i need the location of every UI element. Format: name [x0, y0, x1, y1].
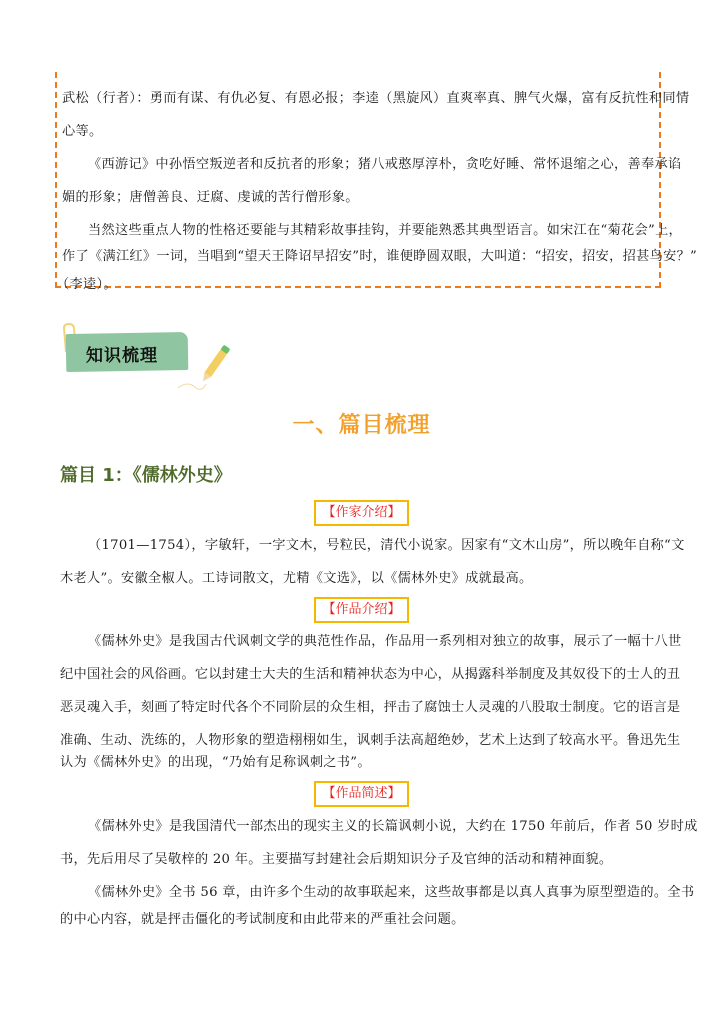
- section-title: 一、篇目梳理: [0, 408, 723, 439]
- knowledge-tag-label: 知识梳理: [86, 341, 158, 366]
- box-line-7: （李逵）。: [56, 268, 117, 301]
- summary-badge: 【作品简述】: [314, 781, 408, 807]
- box-line-2: 心等。: [62, 115, 102, 148]
- chapter-title: 篇目 1：《儒林外史》: [60, 461, 232, 487]
- box-line-3: 《西游记》中孙悟空叛逆者和反抗者的形象；猪八戒憨厚淳朴，贪吃好睡、常怀退缩之心，…: [88, 148, 681, 181]
- summary-line-1: 《儒林外史》是我国清代一部杰出的现实主义的长篇讽刺小说，大约在 1750 年前后…: [88, 810, 698, 843]
- box-line-1: 武松（行者）：勇而有谋、有仇必复、有恩必报；李逵（黑旋风）直爽率真、脾气火爆，富…: [62, 82, 689, 115]
- work-badge: 【作品介绍】: [314, 597, 408, 623]
- author-badge: 【作家介绍】: [314, 500, 408, 526]
- summary-line-4: 的中心内容，就是抨击僵化的考试制度和由此带来的严重社会问题。: [60, 903, 465, 936]
- author-line-2: 木老人”。安徽全椒人。工诗词散文，尤精《文选》，以《儒林外史》成就最高。: [60, 562, 533, 595]
- summary-line-2: 书，先后用尽了吴敬梓的 20 年。主要描写封建社会后期知识分子及官绅的活动和精神…: [60, 843, 612, 876]
- work-line-5: 认为《儒林外史》的出现，“乃始有足称讽刺之书”。: [60, 746, 371, 779]
- pencil-icon: [178, 340, 238, 395]
- box-line-4: 媚的形象；唐僧善良、迂腐、虔诚的苦行僧形象。: [62, 181, 359, 214]
- box-line-6: 作了《满江红》一词，当唱到“望天王降诏早招安”时，谁便睁圆双眼，大叫道：“招安，…: [62, 240, 697, 273]
- work-line-2: 纪中国社会的风俗画。它以封建士大夫的生活和精神状态为中心，从揭露科举制度及其奴役…: [60, 658, 680, 691]
- work-line-1: 《儒林外史》是我国古代讽刺文学的典范性作品，作品用一系列相对独立的故事，展示了一…: [88, 625, 681, 658]
- author-line-1: （1701—1754），字敏轩，一字文木，号粒民，清代小说家。因家有“文木山房”…: [88, 529, 685, 562]
- work-line-3: 恶灵魂入手，刻画了特定时代各个不同阶层的众生相，抨击了腐蚀士人灵魂的八股取士制度…: [60, 691, 680, 724]
